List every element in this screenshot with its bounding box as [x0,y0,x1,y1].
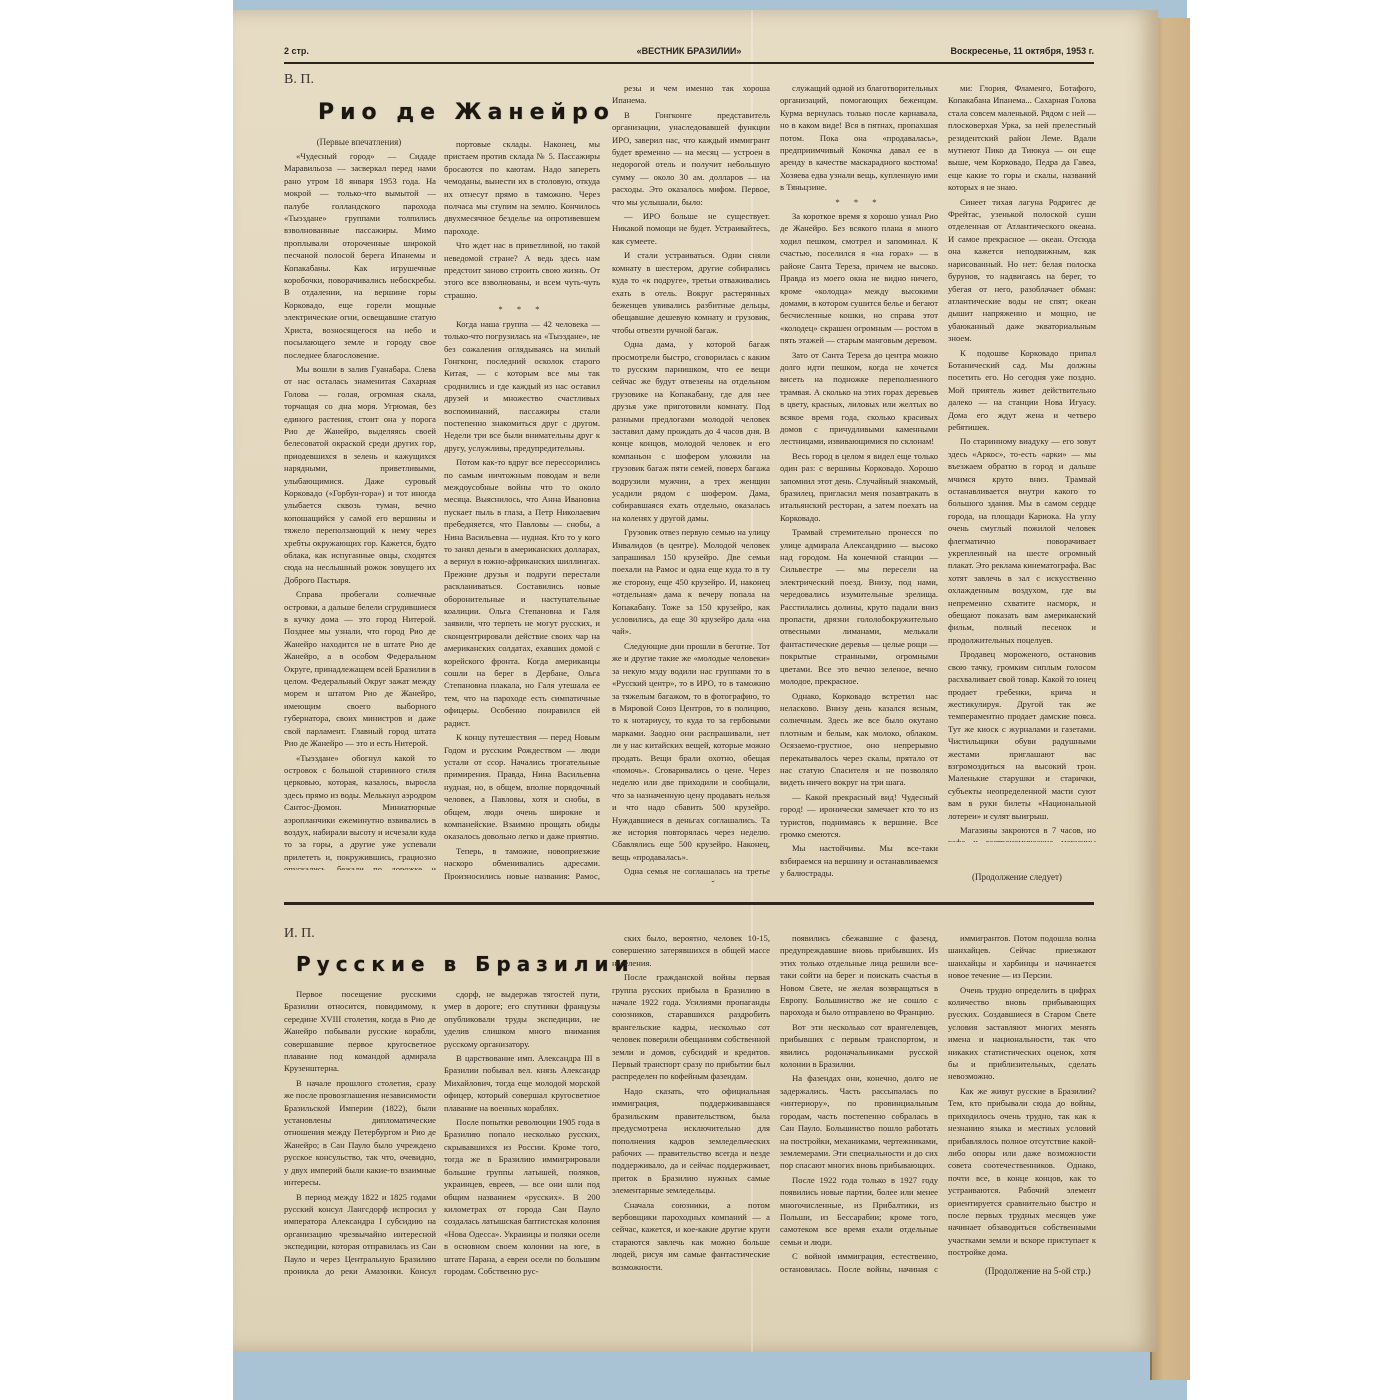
paragraph: Когда наша группа — 42 человека — только… [444,318,600,454]
article-divider [284,902,1094,905]
article1-subhead: (Первые впечатления) [284,137,434,147]
paragraph: появились сбежавшие с фазенд, предупрежд… [780,932,938,1019]
paragraph: Однако, Корковадо встретил нас неласково… [780,690,938,789]
paragraph: Как же живут русские в Бразилии? Тем, кт… [948,1085,1096,1259]
paragraph: С войной иммиграция, естественно, остано… [780,1250,938,1278]
article1-byline: В. П. [284,72,314,88]
paragraph: Надо сказать, что официальная иммиграция… [612,1085,770,1197]
paragraph: После попытки революции 1905 года в Браз… [444,1116,600,1277]
paragraph: В начале прошлого столетия, сразу же пос… [284,1077,436,1189]
paragraph: Справа пробегали солнечные островки, а д… [284,588,436,749]
section-separator: * * * [444,303,600,315]
paragraph: — ИРО больше не существует. Никакой помо… [612,210,770,247]
paragraph: Мы настойчивы. Мы все-таки взбираемся на… [780,842,938,879]
paragraph: Очень трудно определить в цифрах количес… [948,984,1096,1083]
paragraph: резы и чем именно так хороша Ипанема. [612,82,770,107]
masthead: 2 стр. «ВЕСТНИК БРАЗИЛИИ» Воскресенье, 1… [284,42,1094,60]
article1-column-1: «Чудесный город» — Сидаде Маравильоза — … [284,150,436,870]
article1-column-5: ми: Глория, Фламенго, Ботафого, Копакаба… [948,82,1096,842]
paragraph: портовые склады. Наконец, мы пристаем пр… [444,138,600,237]
paragraph: «Тыэздане» обогнул какой то островок с б… [284,752,436,871]
article2-column-4: появились сбежавшие с фазенд, предупрежд… [780,932,938,1278]
paragraph: Зато от Санта Тереза до центра можно дол… [780,349,938,448]
paragraph: Синеет тихая лагуна Родригес де Фрейтас,… [948,196,1096,345]
paragraph: После гражданской войны первая группа ру… [612,971,770,1083]
article1-column-2: портовые склады. Наконец, мы пристаем пр… [444,138,600,880]
paragraph: иммигрантов. Потом подошла волна шанхайц… [948,932,1096,982]
masthead-rule [284,62,1094,64]
paragraph: Грузовик отвез первую семью на улицу Инв… [612,526,770,638]
paragraph: «Чудесный город» — Сидаде Маравильоза — … [284,150,436,361]
paragraph: Одна семья не соглашалась на третье сниж… [612,865,770,882]
paragraph: К концу путешествия — перед Новым Годом … [444,731,600,843]
paragraph: В Гонгконге представитель организации, у… [612,109,770,208]
paragraph: Мы вошли в залив Гуанабара. Слева от нас… [284,363,436,586]
article2-continuation: (Продолжение на 5-ой стр.) [985,1266,1091,1276]
paragraph: Первое посещение русскими Бразилии относ… [284,988,436,1075]
paragraph: Трамвай стремительно пронесся по улице а… [780,526,938,687]
paragraph: сдорф, не выдержав тягостей пути, умер в… [444,988,600,1050]
paragraph: Что ждет нас в приветливой, но такой нев… [444,239,600,301]
issue-date: Воскресенье, 11 октября, 1953 г. [951,46,1095,56]
article2-byline: И. П. [284,926,315,942]
article2-column-3: ских было, вероятно, человек 10-15, сове… [612,932,770,1278]
paragraph: В период между 1822 и 1825 годами русски… [284,1191,436,1279]
section-separator: * * * [780,196,938,208]
paragraph: Весь город в целом я видел еще только од… [780,450,938,524]
paragraph: Продавец мороженого, остановив свою тачк… [948,648,1096,822]
paragraph: К подошве Корковадо припал Ботанический … [948,347,1096,434]
paragraph: служащий одной из благотворительных орга… [780,82,938,194]
paragraph: — Какой прекрасный вид! Чудесный город! … [780,791,938,841]
article2-headline: Русские в Бразилии [296,952,635,976]
paragraph: Сначала союзники, а потом вербовщики пар… [612,1199,770,1273]
article1-column-4: служащий одной из благотворительных орга… [780,82,938,882]
paragraph: ских было, вероятно, человек 10-15, сове… [612,932,770,969]
article1-headline: Рио де Жанейро [318,100,615,125]
paragraph: На фазендах они, конечно, долго не задер… [780,1072,938,1171]
paragraph: И стали устраиваться. Одни сняли комнату… [612,249,770,336]
paragraph: Всякая прикладная специальность находит … [948,1261,1096,1262]
paragraph: Вот эти несколько сот врангелевцев, приб… [780,1021,938,1071]
paragraph: Магазины закроются в 7 часов, но кафе и … [948,824,1096,842]
article2-column-5: иммигрантов. Потом подошла волна шанхайц… [948,932,1096,1262]
paragraph: Следующие дни прошли в беготне. Тот же и… [612,640,770,863]
paragraph: Первый транспорт попал на фазенды. Однак… [612,1275,770,1278]
paragraph: Потом как-то вдруг все перессорились по … [444,456,600,729]
article1-column-3: резы и чем именно так хороша Ипанема.В Г… [612,82,770,882]
paragraph: После 1922 года только в 1927 году появи… [780,1174,938,1248]
paragraph: Теперь, в таможне, новоприезжие наскоро … [444,845,600,880]
article2-column-2: сдорф, не выдержав тягостей пути, умер в… [444,988,600,1278]
paragraph: ми: Глория, Фламенго, Ботафого, Копакаба… [948,82,1096,194]
paragraph: За короткое время я хорошо узнал Рио де … [780,210,938,346]
paragraph: Одна дама, у которой багаж просмотрели б… [612,338,770,524]
paragraph: По старинному виадуку — его зовут здесь … [948,435,1096,646]
paragraph: В царствование имп. Александра III в Бра… [444,1052,600,1114]
article1-continuation: (Продолжение следует) [972,872,1062,882]
article2-column-1: Первое посещение русскими Бразилии относ… [284,988,436,1278]
